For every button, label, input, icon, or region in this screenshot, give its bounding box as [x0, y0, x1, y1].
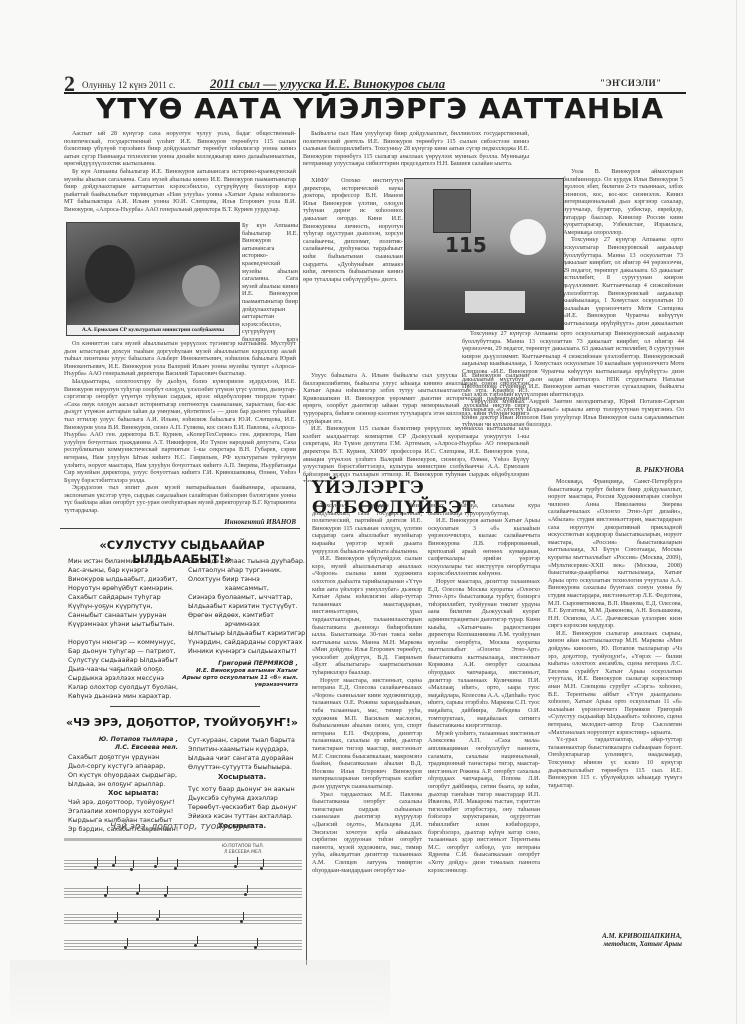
paragraph: Ол кэнниттэн сага музей аһыллыытын үөрүү…: [64, 340, 296, 378]
paragraph: Ыалдьыттары, олохтоохтору бу дьоһун, бэл…: [64, 378, 296, 484]
poem1-author-desc: И.Е. Винокуров аатынан Хатыҥ Арыы орто о…: [180, 668, 298, 689]
section-rule: [60, 528, 300, 529]
scan-artifact: [10, 960, 390, 1020]
poem2-words-credit: Ю. Потапов тыллара ,: [64, 736, 178, 744]
second-article-col2: ынаах быһаҕа, сахалыы кура быыстапкаҕа т…: [428, 502, 540, 922]
poem2-title: «ЧЭ ЭРЭ, ДОҔОТТОР, ТУОЙУОҔУҤ!»: [64, 716, 300, 729]
sheet-music: Ю.ПОТАПОВ ТЫЛ. Л.ЕВСЕЕВА МЕЛ.: [64, 838, 302, 958]
page-edge: [736, 0, 737, 1024]
byline-name: А.М. КРИВОШАПКИНА,: [560, 932, 682, 940]
paragraph: ынаах быһаҕа, сахалыы кура быыстапкаҕа т…: [428, 502, 540, 517]
poem1-left-stanzas: Мин истэн билэммин билэнэн: Аас-ачыкы, б…: [68, 557, 178, 701]
section-rule: [110, 706, 260, 707]
paragraph: Үс-урал тардахтаахтар, айар-туттар талаа…: [548, 736, 682, 789]
staff-line: [64, 860, 302, 872]
issue-date: Олунньу 12 күнэ 2011 с.: [82, 80, 175, 90]
main-article-col1-bottom: Ол кэнниттэн сага музей аһыллыытын үөрүү…: [64, 340, 296, 518]
poem1-author: Григорий ПЕРМЯКОВ ,: [180, 660, 298, 668]
portrait-frame: [433, 189, 471, 233]
paragraph: Норуот маастара, дизиттэр талааннаах Е.Д…: [428, 578, 540, 730]
main-article-col2-side: ХИФУ Олохко институтун директора, истори…: [303, 177, 403, 371]
poem2-credits: Ю. Потапов тыллара , Л.С. Евсеева мел.: [64, 736, 178, 752]
paragraph: Ааспыт ый 28 күнүгэр саха норуотун чулуу…: [64, 130, 296, 168]
poem2-verse-right-2: Түс хоту баар дьонуҥ эн аакын Дьуксэбэ с…: [188, 785, 297, 821]
main-article-col1-top: Ааспыт ый 28 күнүгэр саха норуотун чулуу…: [64, 130, 296, 222]
photo-figure: [85, 245, 135, 303]
paragraph: Тохсунньу бүтүүтэ биир дойдулаахпыт, сах…: [312, 502, 422, 555]
paragraph: Үөрүүлээх мунньах Андрей Заитин мелодият…: [462, 398, 684, 428]
second-article-col3: Москваҕа, Францияҕа, Санкт-Петербурга бы…: [548, 478, 682, 928]
poem2-verse: Сахабыт доҕотгун үрдүнэн Дьол-соргу күст…: [68, 753, 177, 789]
photo-caption: А.А. Ермолаев СР культуратын министрин с…: [67, 325, 239, 335]
photo-minister-speaking: А.А. Ермолаев СР культуратын министрин с…: [66, 222, 240, 336]
main-article-col1-side: Бу күн Аппааны баһылыгар И.Е. Винокуров …: [242, 222, 298, 342]
main-article-col2-top: Быйылгы сыл Нам улууһугар биир дойдулаах…: [303, 130, 529, 176]
byline-desc: методист, Хатыҥ Арыы: [560, 940, 682, 948]
paragraph: Норуот маастара, иистэнньэт, сцена ветер…: [312, 677, 422, 791]
paragraph: И.Е. Винокуров үбүлүөйдээх сылын кэрэ, м…: [312, 555, 422, 677]
section-title: 2011 сыл — улууска И.Е. Винокуров сыла: [210, 77, 445, 91]
balloon: [510, 219, 546, 255]
photo-figure: [182, 265, 220, 307]
sheet-credit-music: Л.ЕВСЕЕВА МЕЛ.: [224, 850, 263, 855]
paragraph: Быйылгы сыл Нам улууһугар биир дойдулаах…: [303, 130, 529, 168]
column-rule: [299, 128, 300, 473]
column-rule: [306, 475, 307, 965]
paragraph: Уола В. Винокуров аймахтарын билиһиннэрд…: [563, 168, 683, 236]
staff-line: [64, 888, 302, 900]
paragraph: Тохсунньу 27 күнүгэр Аппааны орто оскуол…: [563, 236, 683, 328]
poem2-music-credit: Л.С. Евсеева мел.: [64, 744, 178, 752]
newspaper-name: "ЭҤСИЭЛИ": [600, 78, 662, 88]
chorus-label: Хос ырыата:: [108, 789, 159, 797]
main-article-col3-bottom: Тохсунньу 27 күнүгэр Аппааны орто оскуол…: [462, 330, 684, 466]
paragraph: Урал тардаахтаах М.Е. Павлова быыстапкан…: [312, 791, 422, 875]
paragraph: ХИФУ Олохко институтун директора, истори…: [303, 177, 403, 283]
byline-krivoshapkina: А.М. КРИВОШАПКИНА, методист, Хатыҥ Арыы: [560, 932, 682, 948]
paragraph: Бу күн Аппааны баһылыгар И.Е. Винокуров …: [242, 222, 298, 342]
byline-ivanov: Иннокентий ИВАНОВ: [150, 518, 296, 526]
byline-rykunova: В. РЫКУНОВА: [560, 466, 684, 474]
photo-ceremony: 115: [404, 178, 564, 330]
section-rule: [330, 470, 470, 471]
sheet-music-title: Чэй эрэ, доҕоттор, туойуоҕуҥ: [110, 822, 251, 832]
certificate: [465, 291, 525, 313]
paragraph: И.Е. Винокуров сылыгар аналлаах сырыы, к…: [548, 630, 682, 736]
main-article-col3-top: Уола В. Винокуров аймахтарын билиһиннэрд…: [563, 168, 683, 328]
newspaper-page: 2 Олунньу 12 күнэ 2011 с. 2011 сыл — улу…: [0, 0, 745, 1024]
poem1-signature: Григорий ПЕРМЯКОВ , И.Е. Винокуров аатын…: [180, 660, 298, 689]
paragraph: Эҕэрдэлээн тыл эппит дьон музей матырыйа…: [64, 484, 296, 514]
staff-line: [64, 914, 302, 926]
paragraph: Москваҕа, Францияҕа, Санкт-Петербурга бы…: [548, 478, 682, 630]
header-lines: [64, 838, 302, 842]
paragraph: Музей үлэһитэ, талааннаах иистэнньэт Але…: [428, 730, 540, 874]
chorus-marker: Хосырыата.: [218, 773, 266, 781]
staff-line: [64, 940, 302, 952]
paragraph: И.Е. Винокуров аатынан Хатыҥ Арыы оскуол…: [428, 517, 540, 578]
anniversary-number: 115: [445, 233, 487, 257]
main-headline: ҮТҮӨ ААТА ҮЙЭЛЭРГЭ ААТТАНЫА: [90, 92, 670, 126]
second-article-col1: Тохсунньу бүтүүтэ биир дойдулаахпыт, сах…: [312, 502, 422, 962]
paragraph: Тохсунньу 27 күнүгэр Аппааны орто оскуол…: [462, 330, 684, 398]
paragraph: Бу күн Аппааны баһылыгар И.Е. Винокуров …: [64, 168, 296, 214]
sheet-credit-words: Ю.ПОТАПОВ ТЫЛ.: [222, 844, 264, 849]
poem1-right-stanzas: Ылпыйдэ сылаас тыына дууһабар. Сылтаолун…: [188, 557, 305, 656]
poem2-verse-right: Сут-кураан, сэрии тыал барыта Эппитин-ха…: [188, 736, 295, 772]
